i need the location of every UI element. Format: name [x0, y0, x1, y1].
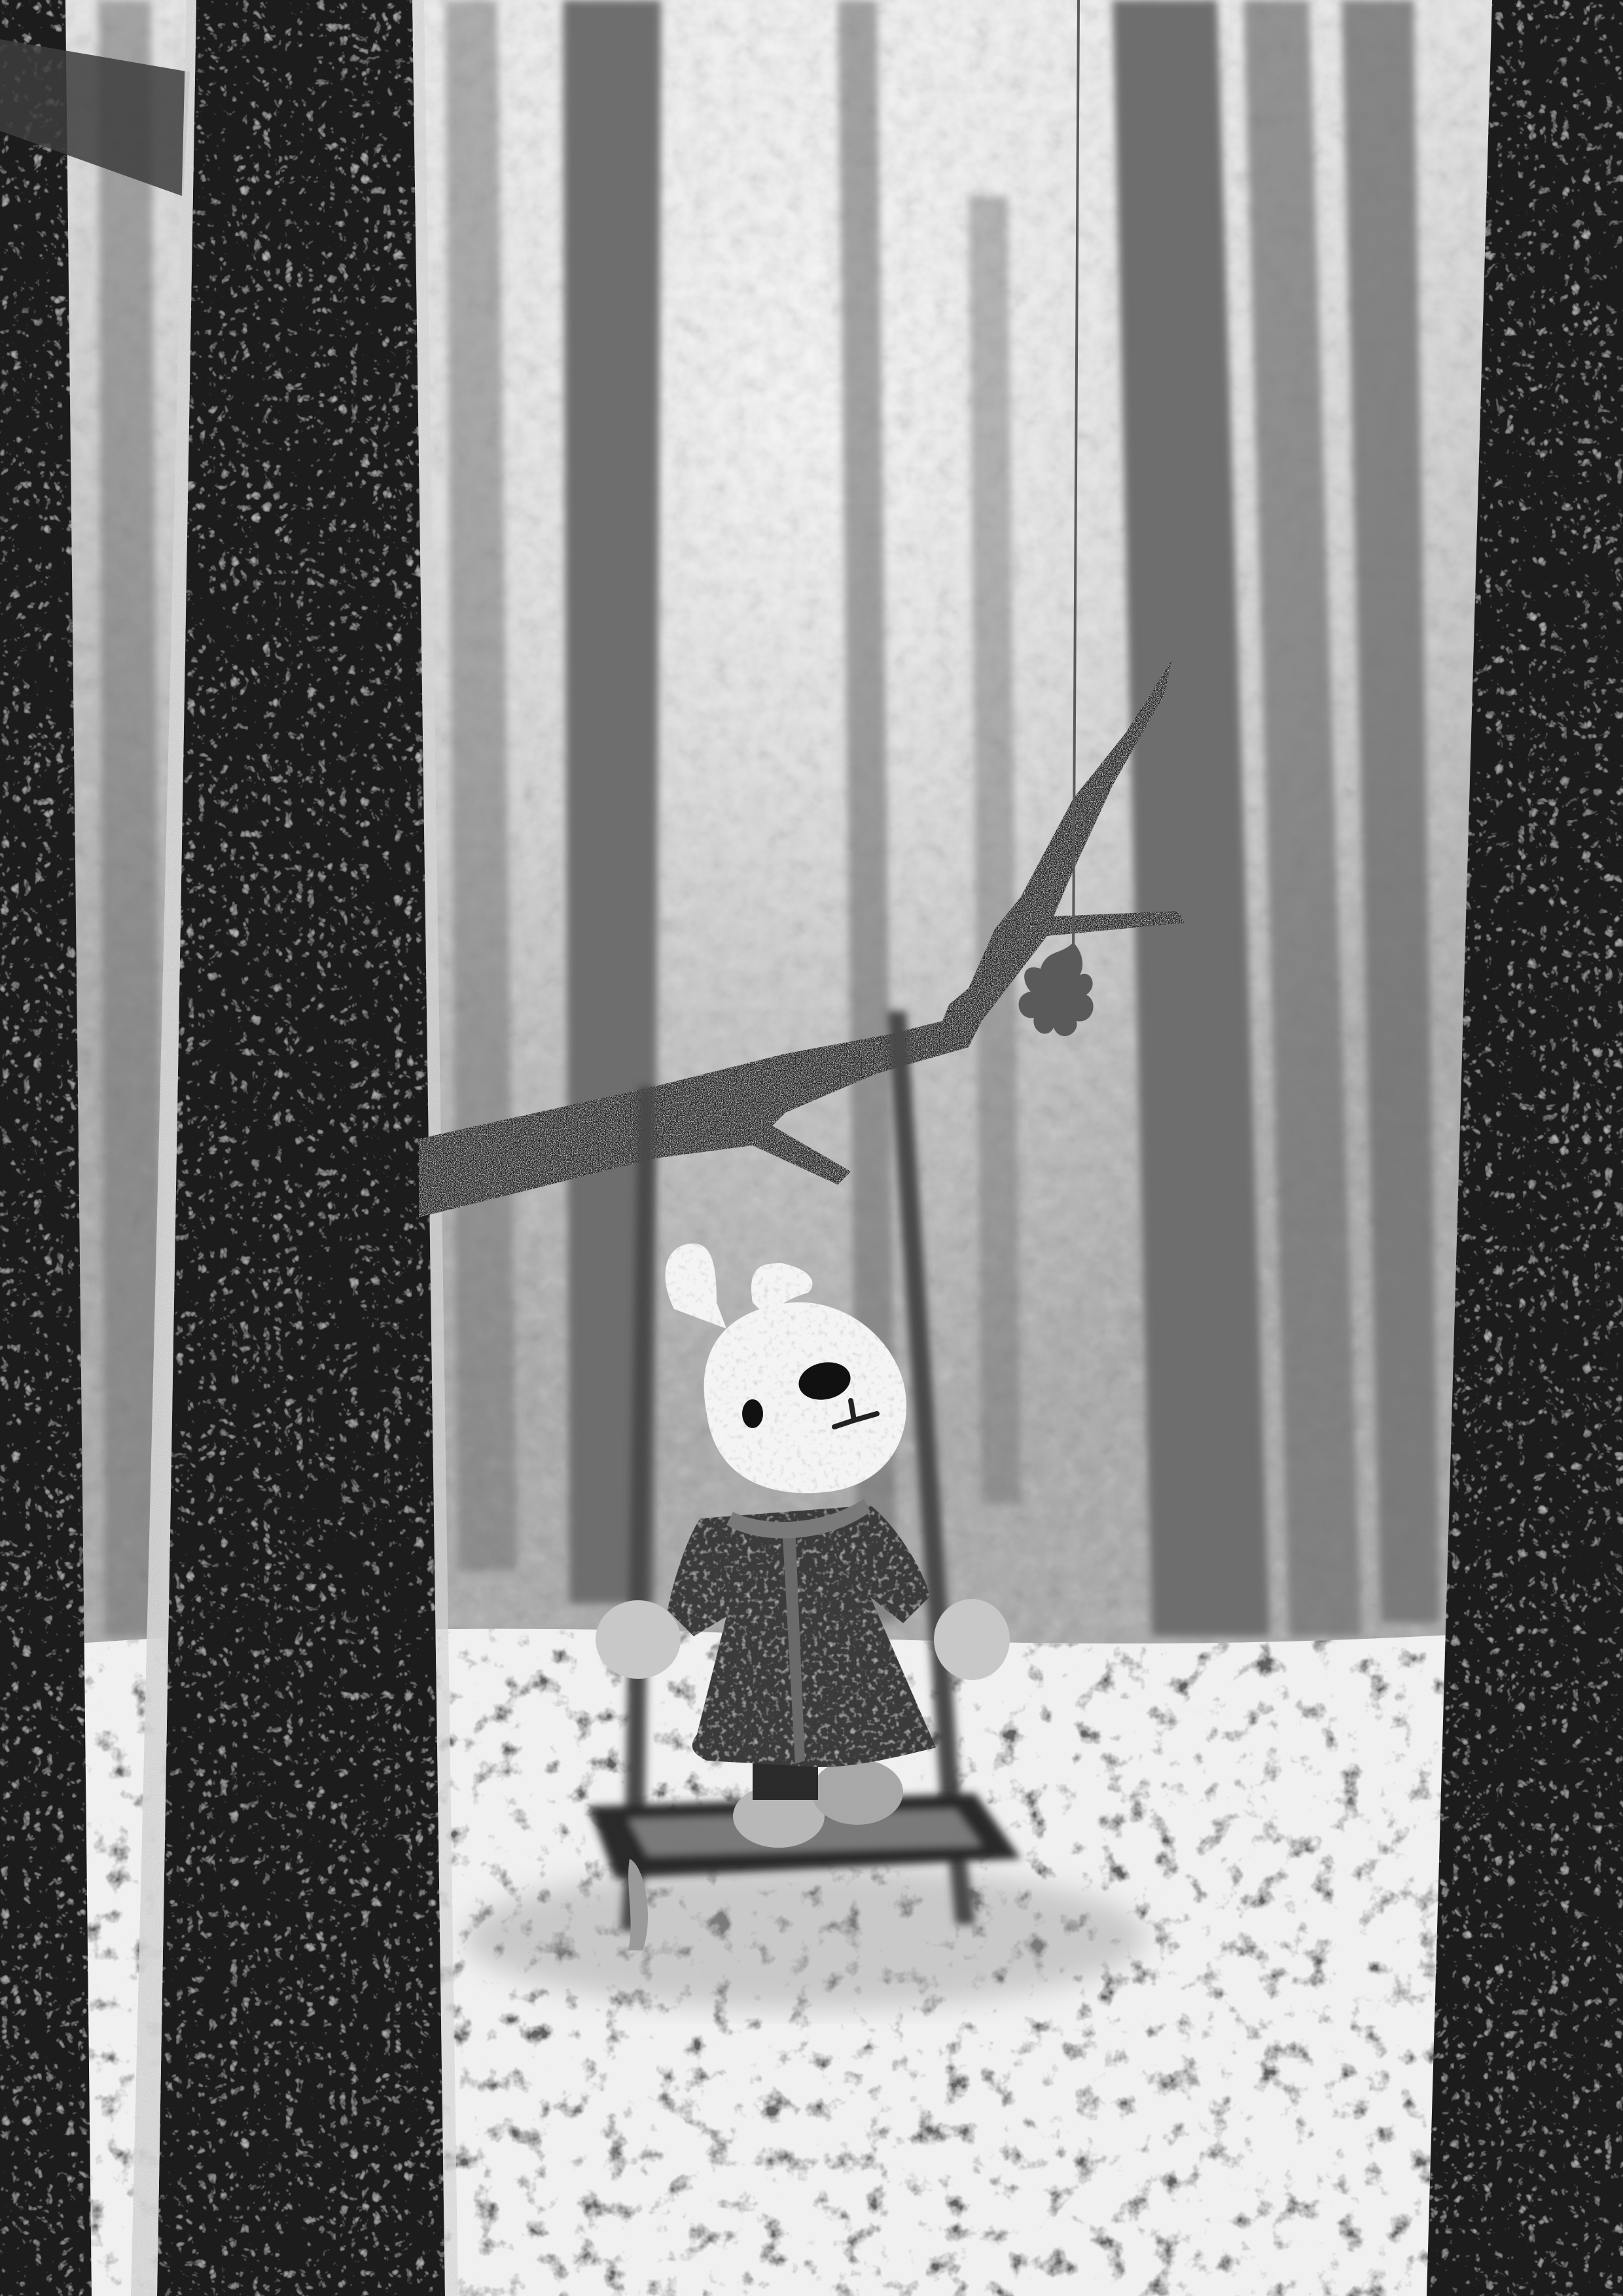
- right-mitten: [934, 1599, 1010, 1680]
- left-mitten: [596, 1600, 681, 1679]
- swing-shadow: [465, 1865, 1145, 2009]
- right-boot: [811, 1759, 903, 1825]
- illustration-canvas: Rabbit on a swing in a snowy forest: [0, 0, 1623, 2296]
- rabbit-eye: [742, 1399, 763, 1428]
- scene-svg: [0, 0, 1623, 2296]
- left-center-trunk: [131, 0, 458, 2296]
